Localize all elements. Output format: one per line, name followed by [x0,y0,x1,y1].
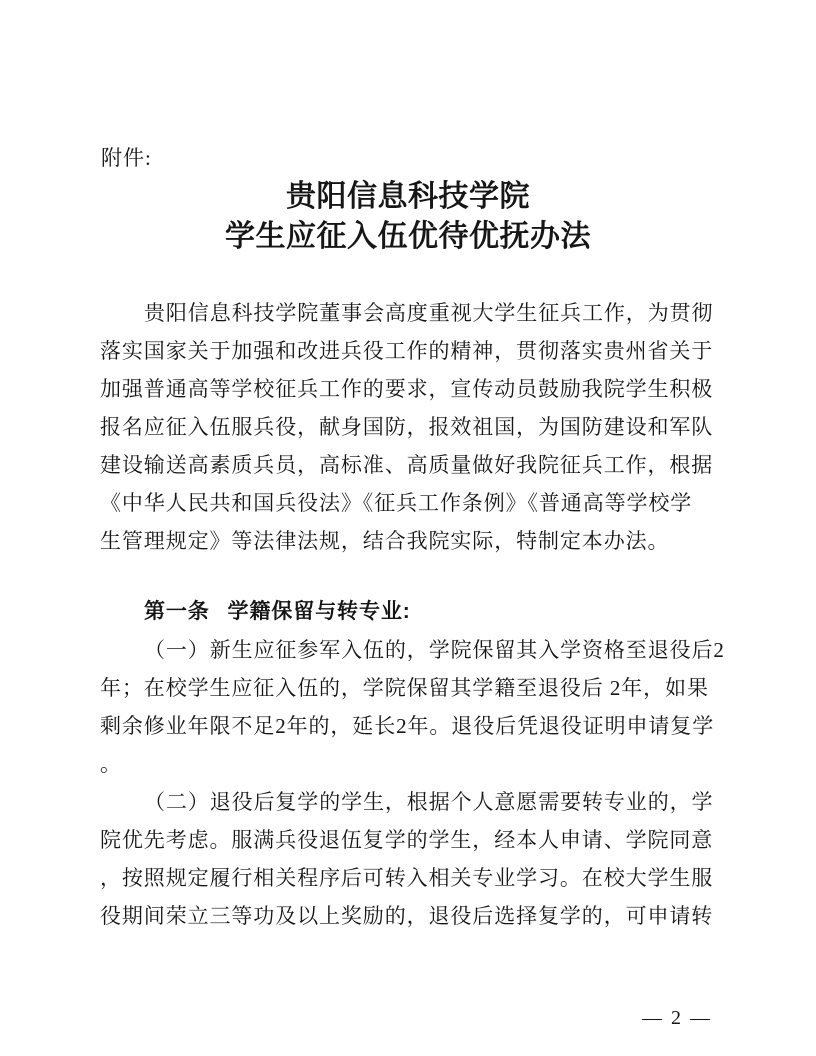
intro-line: 报名应征入伍服兵役，献身国防，报效祖国，为国防建设和军队 [100,408,720,446]
document-page: 附件: 贵阳信息科技学院 学生应征入伍优待优抚办法 贵阳信息科技学院董事会高度重… [0,0,816,1056]
article-1-item-2-line: 院优先考虑。服满兵役退伍复学的学生，经本人申请、学院同意 [100,821,720,859]
article-1-heading-title: 学籍保留与转专业: [228,600,411,623]
article-1-item-1-line: （一）新生应征参军入伍的，学院保留其入学资格至退役后2 [100,631,720,669]
intro-line: 加强普通高等学校征兵工作的要求，宣传动员鼓励我院学生积极 [100,370,720,408]
attachment-label: 附件: [101,145,152,171]
intro-line: 建设输送高素质兵员，高标准、高质量做好我院征兵工作，根据 [100,446,720,484]
article-1-item-2-line: ，按照规定履行相关程序后可转入相关专业学习。在校大学生服 [100,859,720,897]
intro-line: 《中华人民共和国兵役法》《征兵工作条例》《普通高等学校学 [100,484,720,522]
document-title-line-2: 学生应征入伍优待优抚办法 [0,217,816,257]
article-1-item-2-line: 役期间荣立三等功及以上奖励的，退役后选择复学的，可申请转 [100,897,720,935]
document-title-line-1: 贵阳信息科技学院 [0,177,816,217]
intro-line: 落实国家关于加强和改进兵役工作的精神，贯彻落实贵州省关于 [100,332,720,370]
document-title: 贵阳信息科技学院 学生应征入伍优待优抚办法 [0,177,816,257]
article-1-heading-number: 第一条 [144,600,210,623]
article-1-item-1-line: 。 [100,745,720,783]
article-1-heading: 第一条学籍保留与转专业: [100,593,720,631]
article-1-item-2-line: （二）退役后复学的学生，根据个人意愿需要转专业的，学 [100,783,720,821]
article-1-item-1-line: 剩余修业年限不足2年的，延长2年。退役后凭退役证明申请复学 [100,707,720,745]
page-number: — 2 — [642,1006,712,1030]
article-1-item-1-line: 年；在校学生应征入伍的，学院保留其学籍至退役后 2年，如果 [100,669,720,707]
intro-paragraph: 贵阳信息科技学院董事会高度重视大学生征兵工作，为贯彻 落实国家关于加强和改进兵役… [100,294,720,560]
intro-line: 贵阳信息科技学院董事会高度重视大学生征兵工作，为贯彻 [100,294,720,332]
article-1: 第一条学籍保留与转专业: （一）新生应征参军入伍的，学院保留其入学资格至退役后2… [100,593,720,935]
intro-line: 生管理规定》等法律法规，结合我院实际，特制定本办法。 [100,522,720,560]
